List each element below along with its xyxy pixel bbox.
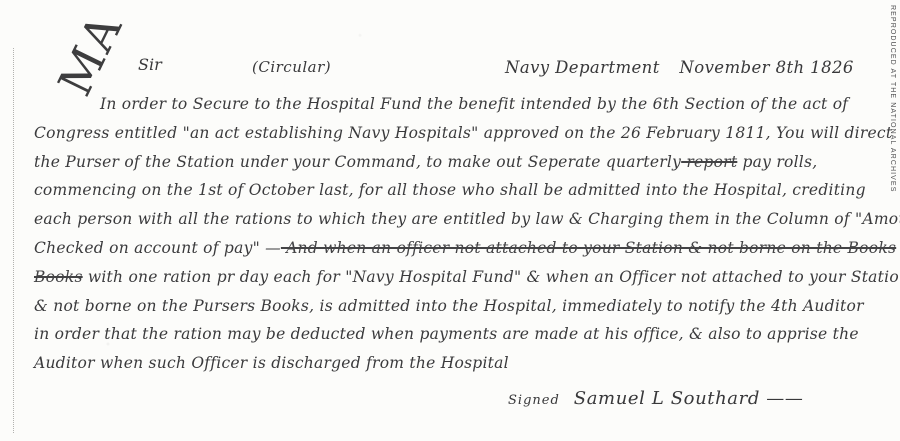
struck-text: And when an officer not attached to your… <box>281 239 896 257</box>
struck-text: Books <box>34 268 83 286</box>
body-line: Checked on account of pay" — And when an… <box>34 234 879 263</box>
handwritten-text: with one ration pr day each for "Navy Ho… <box>83 268 900 286</box>
scanned-document-page: REPRODUCED AT THE NATIONAL ARCHIVES MA S… <box>0 0 900 441</box>
salutation: Sir <box>138 55 162 74</box>
body-line: each person with all the rations to whic… <box>34 205 879 234</box>
handwritten-text: the Purser of the Station under your Com… <box>34 153 681 171</box>
dateline: Navy Department November 8th 1826 <box>505 58 854 77</box>
body-line: Congress entitled "an act establishing N… <box>34 119 879 148</box>
body-line: in order that the ration may be deducted… <box>34 320 879 349</box>
body-line: Books with one ration pr day each for "N… <box>34 263 879 292</box>
archival-reproduction-notice: REPRODUCED AT THE NATIONAL ARCHIVES <box>889 5 896 192</box>
circular-heading: (Circular) <box>252 58 331 76</box>
signature-prefix: Signed <box>508 393 560 408</box>
body-line: commencing on the 1st of October last, f… <box>34 176 879 205</box>
dateline-department: Navy Department <box>505 58 660 77</box>
body-line: Auditor when such Officer is discharged … <box>34 349 879 378</box>
struck-text: report <box>681 153 737 171</box>
handwritten-text: In order to Secure to the Hospital Fund … <box>100 95 848 113</box>
handwritten-text: commencing on the 1st of October last, f… <box>34 181 866 199</box>
body-line: In order to Secure to the Hospital Fund … <box>34 90 879 119</box>
dateline-date: November 8th 1826 <box>679 58 853 77</box>
body-line: & not borne on the Pursers Books, is adm… <box>34 292 879 321</box>
signature-block: Signed Samuel L Southard —— <box>508 388 803 409</box>
handwritten-text: each person with all the rations to whic… <box>34 210 900 228</box>
body-lines: In order to Secure to the Hospital Fund … <box>34 90 879 378</box>
handwritten-text: & not borne on the Pursers Books, is adm… <box>34 297 864 315</box>
handwritten-text: in order that the ration may be deducted… <box>34 325 859 343</box>
handwritten-text: Congress entitled "an act establishing N… <box>34 124 892 142</box>
handwritten-text: Auditor when such Officer is discharged … <box>34 354 509 372</box>
scan-edge-line <box>13 48 14 433</box>
handwritten-text: Checked on account of pay" — <box>34 239 281 257</box>
handwritten-text: pay rolls, <box>737 153 817 171</box>
body-line: the Purser of the Station under your Com… <box>34 148 879 177</box>
signature-name: Samuel L Southard —— <box>574 388 804 409</box>
